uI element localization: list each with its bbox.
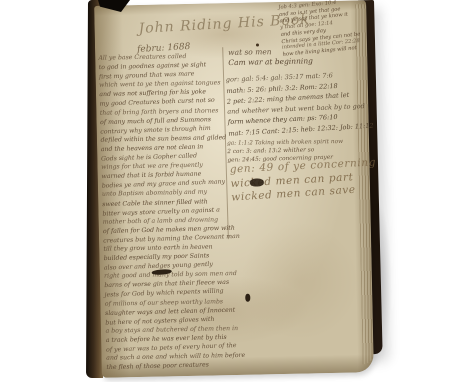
manuscript-photo: John Riding His Book febru: 1688 Job 4:3…: [0, 0, 468, 382]
paper-stain: [239, 220, 361, 342]
manuscript-text-line: that of bring forth bryers and thornes: [100, 106, 228, 118]
right-column-heading: wat so menCam war at beginning: [228, 46, 313, 67]
left-text-column: All ye base Creatures calledto god in go…: [98, 51, 234, 373]
heading-line: Cam war at beginning: [228, 56, 313, 67]
manuscript-text-line: of millions of our sheep worthy lambs: [105, 297, 233, 309]
manuscript-page: John Riding His Book febru: 1688 Job 4:3…: [94, 0, 374, 378]
ink-blot: [250, 178, 264, 186]
scripture-references-block: gor: gal: 5:4: gal: 35:17 mat: 7:6math: …: [226, 68, 371, 138]
ink-dot: [256, 43, 259, 46]
ink-blot: [245, 294, 250, 302]
